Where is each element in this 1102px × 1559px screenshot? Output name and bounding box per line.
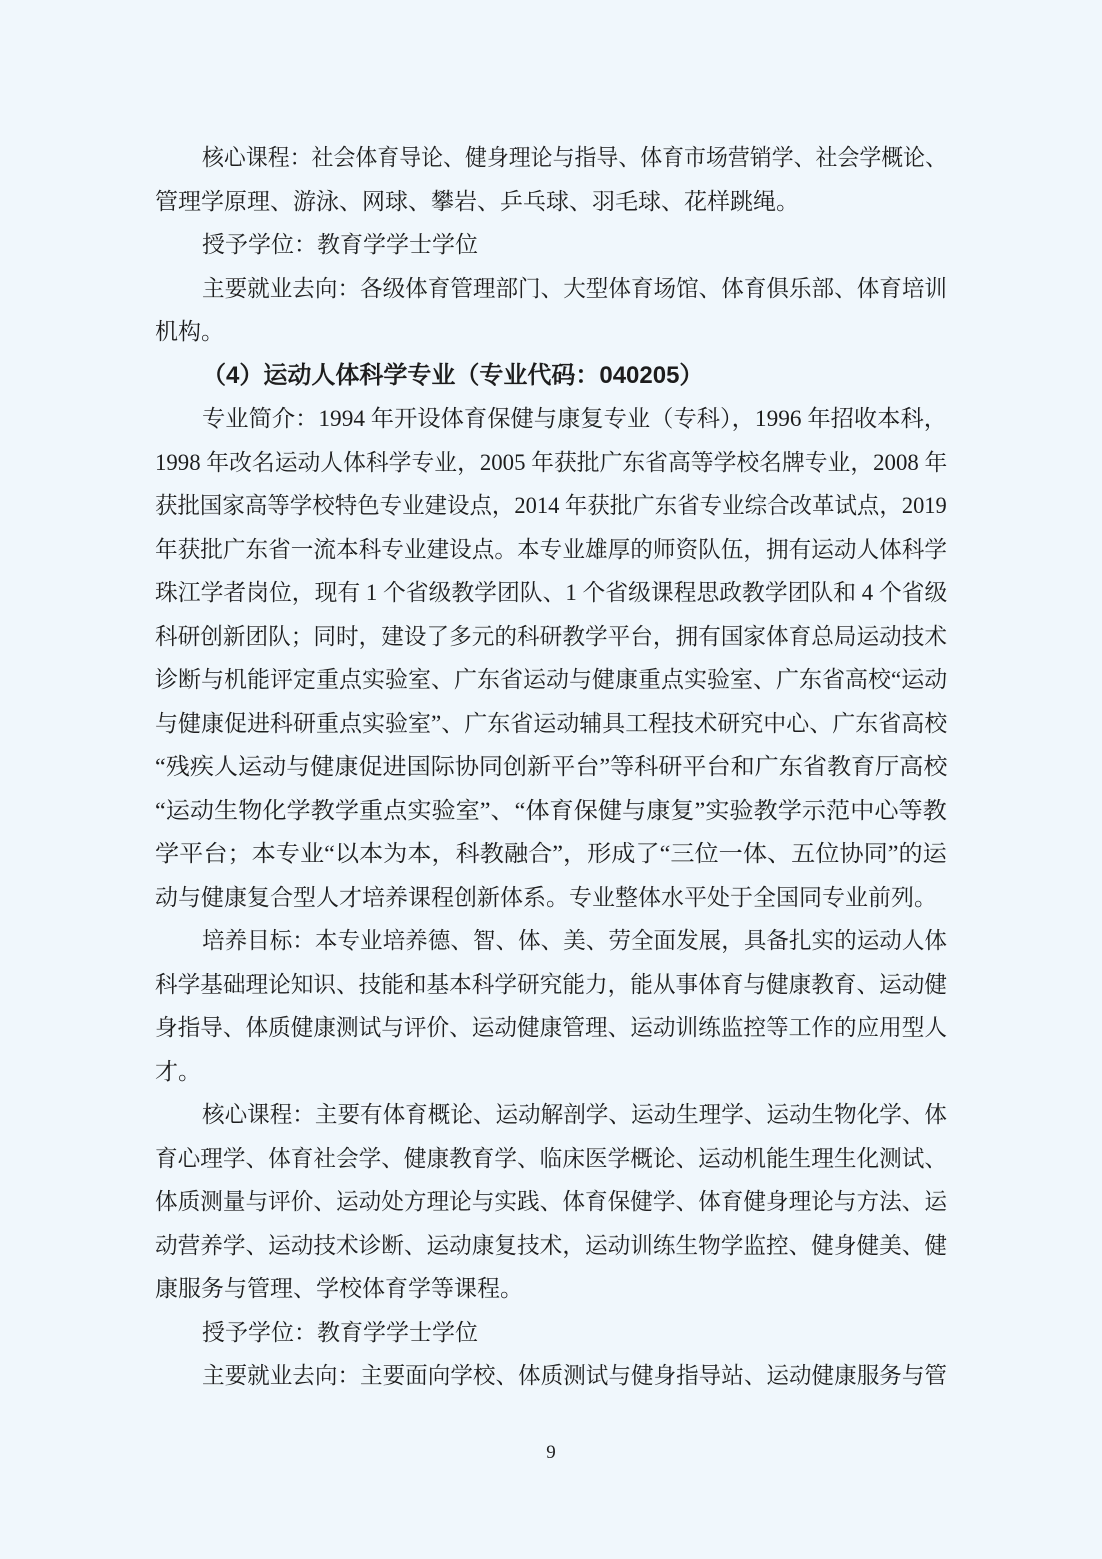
text-line: 授予学位：教育学学士学位 [155, 223, 947, 267]
text-line: 育心理学、体育社会学、健康教育学、临床医学概论、运动机能生理生化测试、 [155, 1137, 947, 1181]
text-line: 康服务与管理、学校体育学等课程。 [155, 1267, 947, 1311]
text-line: 科研创新团队；同时，建设了多元的科研教学平台，拥有国家体育总局运动技术 [155, 615, 947, 659]
text-line: 诊断与机能评定重点实验室、广东省运动与健康重点实验室、广东省高校“运动 [155, 658, 947, 702]
text-line: 珠江学者岗位，现有 1 个省级教学团队、1 个省级课程思政教学团队和 4 个省级 [155, 571, 947, 615]
text-line: 学平台；本专业“以本为本，科教融合”，形成了“三位一体、五位协同”的运 [155, 832, 947, 876]
text-line: 体质测量与评价、运动处方理论与实践、体育保健学、体育健身理论与方法、运 [155, 1180, 947, 1224]
text-line: 动与健康复合型人才培养课程创新体系。专业整体水平处于全国同专业前列。 [155, 876, 947, 920]
text-line: 培养目标：本专业培养德、智、体、美、劳全面发展，具备扎实的运动人体 [155, 919, 947, 963]
text-line: 管理学原理、游泳、网球、攀岩、乒乓球、羽毛球、花样跳绳。 [155, 180, 947, 224]
text-line: 动营养学、运动技术诊断、运动康复技术，运动训练生物学监控、健身健美、健 [155, 1224, 947, 1268]
text-line: 才。 [155, 1050, 947, 1094]
text-line: 机构。 [155, 310, 947, 354]
text-line: 专业简介：1994 年开设体育保健与康复专业（专科），1996 年招收本科， [155, 397, 947, 441]
text-line: 年获批广东省一流本科专业建设点。本专业雄厚的师资队伍，拥有运动人体科学 [155, 528, 947, 572]
document-page: 核心课程：社会体育导论、健身理论与指导、体育市场营销学、社会学概论、管理学原理、… [0, 0, 1102, 1559]
text-line: 科学基础理论知识、技能和基本科学研究能力，能从事体育与健康教育、运动健 [155, 963, 947, 1007]
text-line: 核心课程：社会体育导论、健身理论与指导、体育市场营销学、社会学概论、 [155, 136, 947, 180]
text-line: 1998 年改名运动人体科学专业，2005 年获批广东省高等学校名牌专业，200… [155, 441, 947, 485]
text-line: 身指导、体质健康测试与评价、运动健康管理、运动训练监控等工作的应用型人 [155, 1006, 947, 1050]
text-line: 核心课程：主要有体育概论、运动解剖学、运动生理学、运动生物化学、体 [155, 1093, 947, 1137]
text-line: “残疾人运动与健康促进国际协同创新平台”等科研平台和广东省教育厅高校 [155, 745, 947, 789]
text-line: 获批国家高等学校特色专业建设点，2014 年获批广东省专业综合改革试点，2019 [155, 484, 947, 528]
text-line: 授予学位：教育学学士学位 [155, 1311, 947, 1355]
text-line: “运动生物化学教学重点实验室”、“体育保健与康复”实验教学示范中心等教 [155, 789, 947, 833]
document-body: 核心课程：社会体育导论、健身理论与指导、体育市场营销学、社会学概论、管理学原理、… [155, 136, 947, 1398]
text-line: 与健康促进科研重点实验室”、广东省运动辅具工程技术研究中心、广东省高校 [155, 702, 947, 746]
text-line: 主要就业去向：各级体育管理部门、大型体育场馆、体育俱乐部、体育培训 [155, 267, 947, 311]
heading-line: （4）运动人体科学专业（专业代码：040205） [155, 354, 947, 398]
page-number: 9 [0, 1441, 1102, 1465]
text-line: 主要就业去向：主要面向学校、体质测试与健身指导站、运动健康服务与管 [155, 1354, 947, 1398]
